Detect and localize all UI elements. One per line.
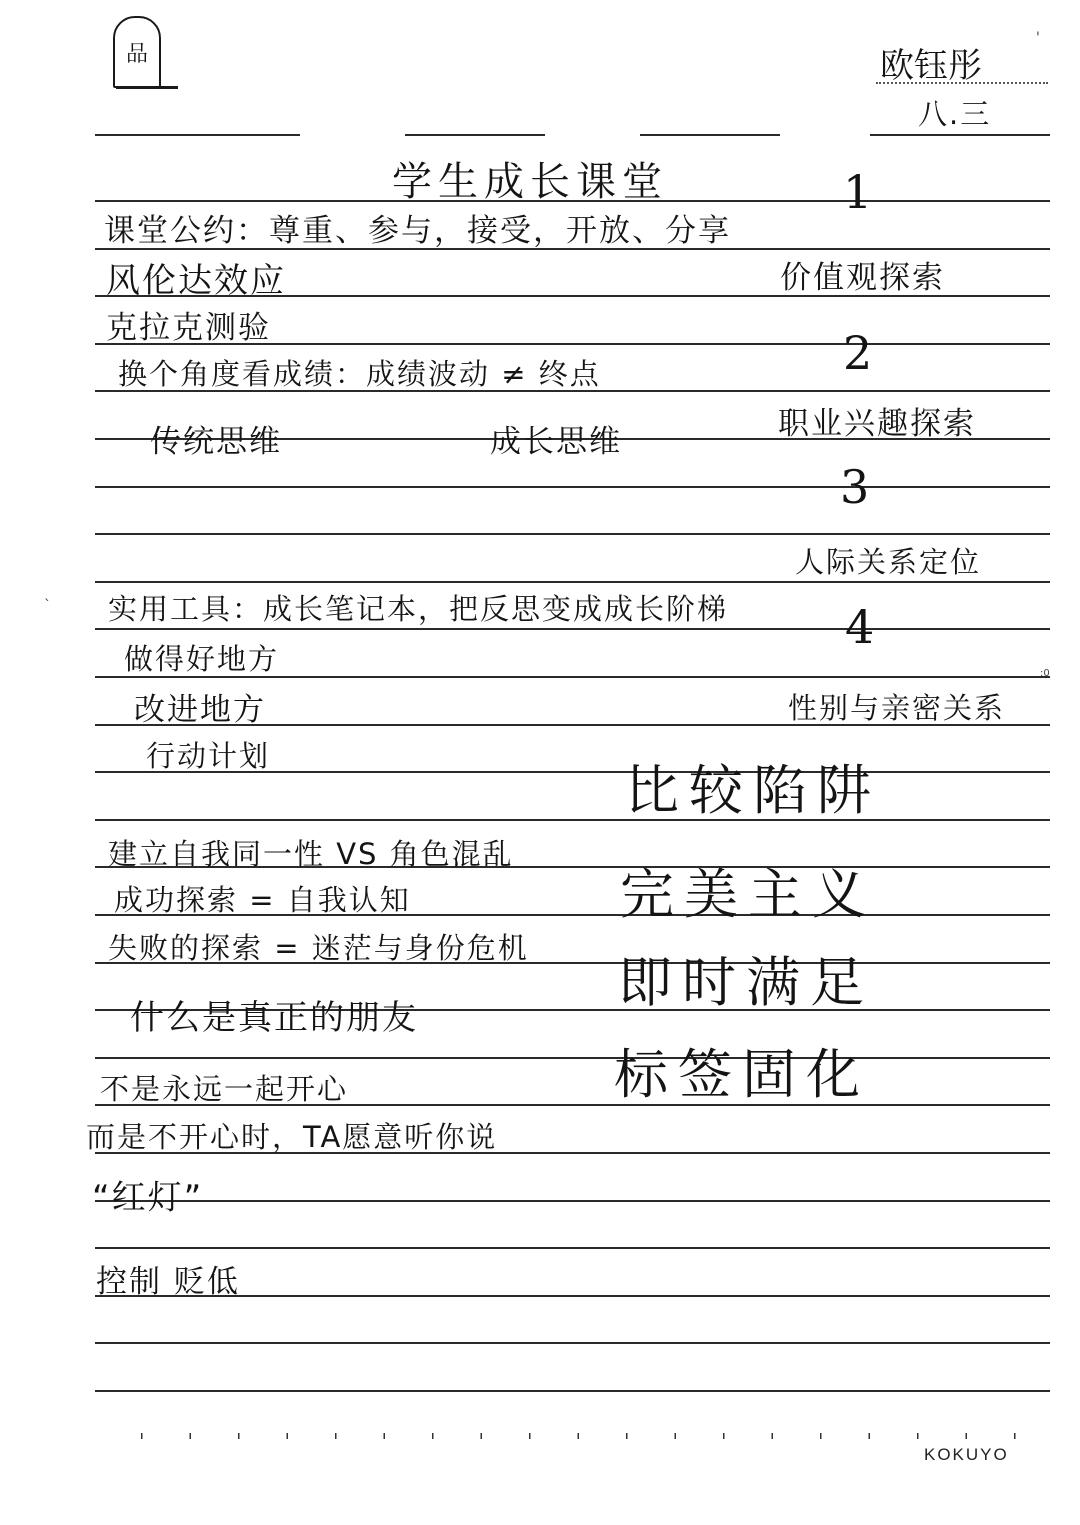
stray-mark: ' [1036,30,1040,46]
margin-mark: :0 [1040,668,1050,679]
author-name: 欧钰彤 [880,38,982,87]
ruled-line [95,1247,1050,1249]
ruled-line [95,1390,1050,1392]
topic-label-3: 人际关系定位 [795,540,981,581]
note-but-when: 而是不开心时，TA愿意听你说 [86,1115,497,1156]
rule-segment [870,134,1050,136]
ruled-line [95,533,1050,535]
ruled-line [95,486,1050,488]
note-success: 成功探索 = 自我认知 [114,878,411,919]
logo-glyph: 品 [126,37,148,68]
ruled-line [95,628,1050,630]
ruled-line [95,1342,1050,1344]
rule-segment [95,134,300,136]
note-fixed-mindset: 传统思维 [150,416,282,461]
ruled-line [95,1200,1050,1202]
note-butterfly: 风伦达效应 [106,253,286,302]
ruled-line [95,1057,1050,1059]
topic-label-1: 价值观探索 [780,252,945,297]
note-tool: 实用工具：成长笔记本，把反思变成成长阶梯 [108,587,728,628]
note-growth-mindset: 成长思维 [490,416,622,461]
note-red-light: “红灯” [92,1170,203,1219]
topic-number-2: 2 [843,326,874,380]
rule-segment [640,134,780,136]
logo-icon: 品 [113,16,161,88]
trap-perfectionism: 完美主义 [620,852,876,929]
brand-logo: KOKUYO [924,1445,1009,1465]
page-title: 学生成长课堂 [392,150,668,207]
note-rules: 课堂公约：尊重、参与，接受，开放、分享 [104,205,731,250]
note-control: 控制 贬低 [96,1256,240,1301]
trap-instant-gratification: 即时满足 [618,940,874,1017]
bottom-ruler-ticks [95,1433,1050,1439]
note-improve: 改进地方 [134,684,266,729]
topic-number-1: 1 [843,165,874,219]
topic-label-4: 性别与亲密关系 [788,686,1005,727]
ruled-line [95,581,1050,583]
date: 八.三 [918,92,991,133]
logo-base-line [116,86,178,89]
note-friend: 什么是真正的朋友 [130,990,418,1039]
note-not-always: 不是永远一起开心 [100,1067,348,1108]
note-grades: 换个角度看成绩：成绩波动 ≠ 终点 [118,352,601,393]
topic-number-4: 4 [845,600,876,654]
notebook-page: 品 欧钰彤 八.三 ' 学生成长课堂 课堂公约：尊重、参与，接受，开放、分享 风… [0,0,1080,1525]
note-plan: 行动计划 [146,734,270,775]
trap-label-fixation: 标签固化 [614,1032,870,1109]
topic-number-3: 3 [840,460,871,514]
note-fail: 失败的探索 = 迷茫与身份危机 [108,926,529,967]
note-good: 做得好地方 [124,637,279,678]
rule-segment [405,134,545,136]
topic-label-2: 职业兴趣探索 [778,398,976,443]
stray-mark: ` [44,598,51,614]
trap-comparison: 比较陷阱 [625,748,881,825]
ruled-line [95,819,1050,821]
name-dotted-line [876,82,1048,84]
note-kelak: 克拉克测验 [106,302,271,347]
note-identity: 建立自我同一性 VS 角色混乱 [108,832,514,873]
